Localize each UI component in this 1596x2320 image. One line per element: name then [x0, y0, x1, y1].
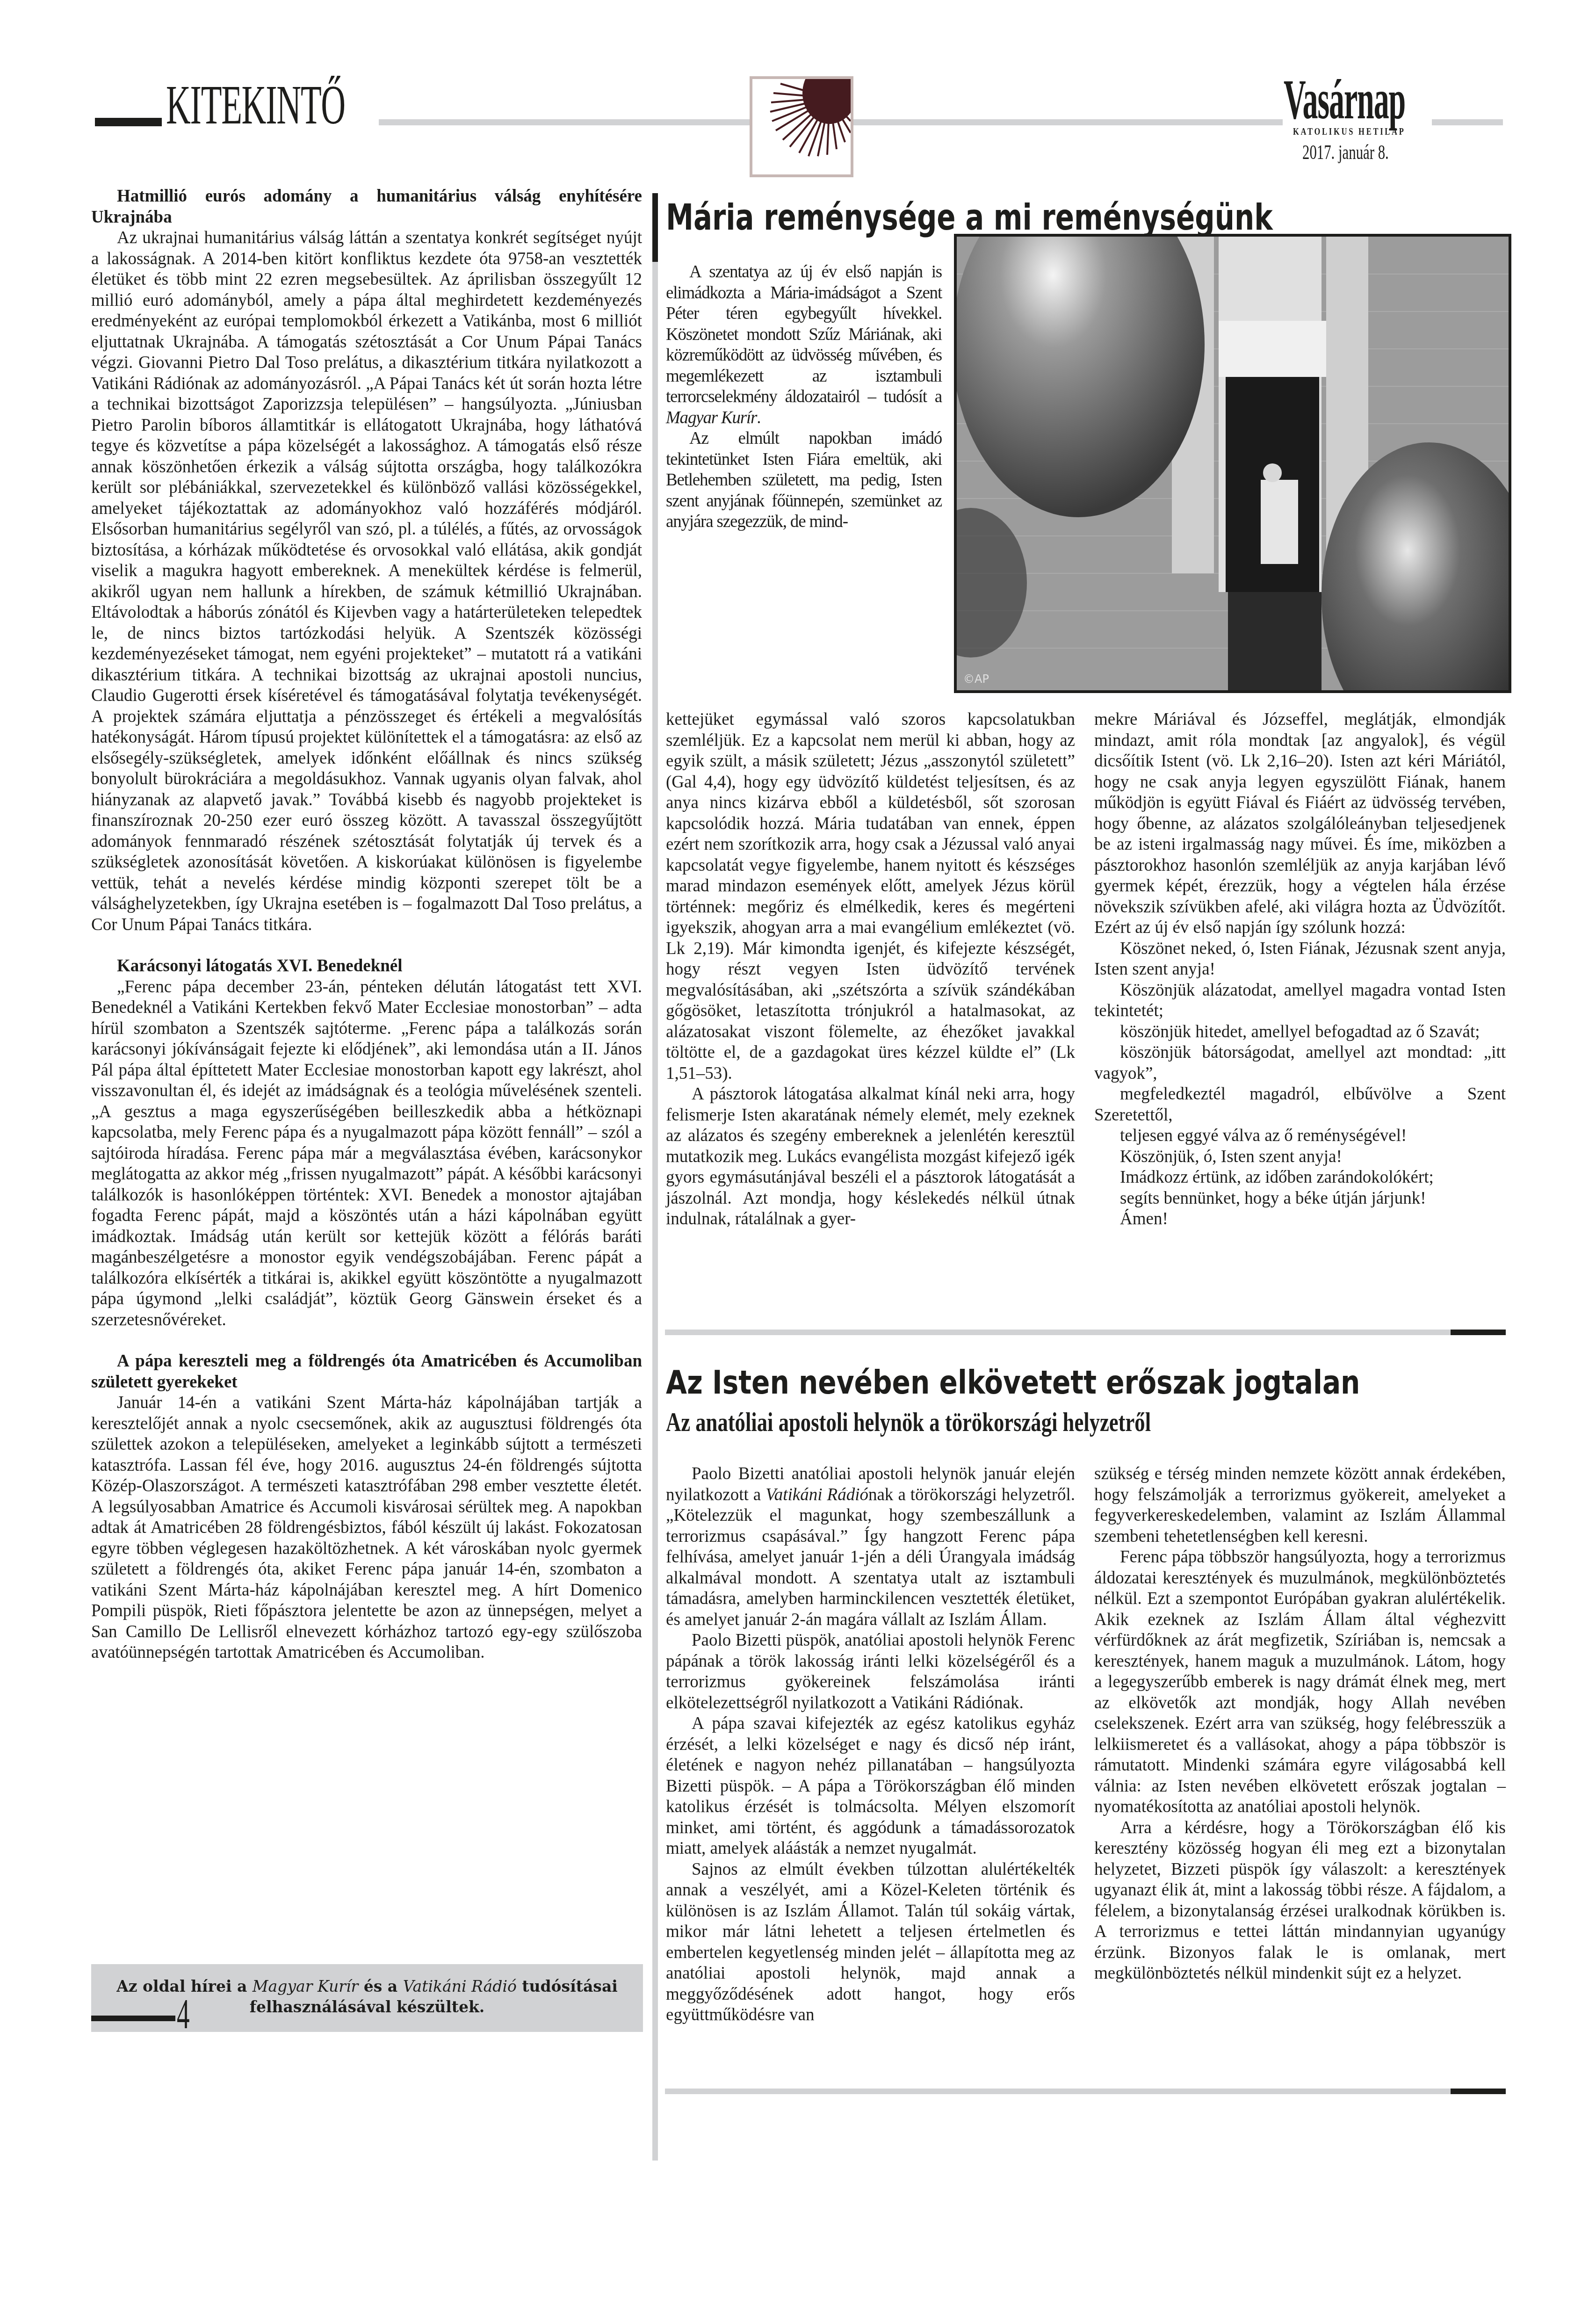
article2-paragraph: Ferenc pápa többször hangsúlyozta, hogy …	[1094, 1547, 1506, 1818]
page-number: 4	[177, 1992, 190, 2035]
story-body: Január 14-én a vatikáni Szent Márta-ház …	[91, 1393, 642, 1663]
prayer-line: segíts bennünket, hogy a béke útján járj…	[1094, 1188, 1506, 1209]
article-title: Az Isten nevében elkövetett erőszak jogt…	[666, 1364, 1360, 1401]
bottom-rule	[665, 2089, 1451, 2094]
article-subtitle: Az anatóliai apostoli helynök a törökors…	[666, 1408, 1151, 1437]
article2-paragraph: Arra a kérdésre, hogy a Törökországban é…	[1094, 1818, 1506, 1984]
article1-column-2: kettejüket egymással való szoros kapcsol…	[666, 709, 1075, 1230]
header-rule-left	[379, 119, 751, 125]
article-separator	[665, 1330, 1451, 1335]
source-magyar-kurir: Magyar Kurír	[253, 1977, 358, 1995]
column-divider-accent	[652, 193, 658, 262]
article1-column-3: mekre Máriával és Józseffel, meglátják, …	[1094, 709, 1506, 1230]
sunburst-logo-icon	[750, 76, 853, 177]
story-heading: Hatmillió eurós adomány a humanitárius v…	[91, 186, 642, 228]
prayer-line: Köszönjük, ó, Isten szent anyja!	[1094, 1147, 1506, 1168]
article2-paragraph: szükség e térség minden nemzete között a…	[1094, 1464, 1506, 1547]
prayer-line: köszönjük bátorságodat, amellyel azt mon…	[1094, 1042, 1506, 1084]
article1-paragraph: Az elmúlt napokban imádó tekintetünket I…	[666, 428, 942, 533]
source-note-box: Az oldal hírei a Magyar Kurír és a Vatik…	[91, 1964, 643, 2032]
source-magyar-kurir: Magyar Kurír	[666, 408, 757, 427]
article1-paragraph: kettejüket egymással való szoros kapcsol…	[666, 709, 1075, 1084]
article2-paragraph: A pápa szavai kifejezték az egész katoli…	[666, 1713, 1075, 1859]
article2-column-1: Paolo Bizetti anatóliai apostoli helynök…	[666, 1464, 1075, 2026]
masthead-name: Vasárnap	[1284, 75, 1405, 124]
prayer-line: Köszönet neked, ó, Isten Fiának, Jézusna…	[1094, 939, 1506, 980]
prayer-line: teljesen eggyé válva az ő reménységével!	[1094, 1126, 1506, 1147]
header-rule-end	[1432, 119, 1503, 125]
section-marker-bar	[95, 118, 162, 126]
article-separator-accent	[1451, 1330, 1506, 1335]
article2-column-2: szükség e térség minden nemzete között a…	[1094, 1464, 1506, 1984]
source-note-middle: és a	[358, 1977, 403, 1995]
issue-date: 2017. január 8.	[1302, 140, 1389, 164]
header-rule-right	[853, 119, 1283, 125]
source-vatikani-radio: Vatikáni Rádió	[766, 1485, 868, 1504]
masthead-subtitle: KATOLIKUS HETILAP	[1293, 125, 1406, 137]
article-title: Mária reménysége a mi reménységünk	[666, 196, 1273, 239]
story-heading: A pápa kereszteli meg a földrengés óta A…	[91, 1351, 642, 1393]
prayer-line: Köszönjük alázatodat, amellyel magadra v…	[1094, 980, 1506, 1022]
section-title: KITEKINTŐ	[166, 80, 345, 131]
prayer-line: Ámen!	[1094, 1209, 1506, 1230]
story-heading: Karácsonyi látogatás XVI. Benedeknél	[91, 956, 642, 977]
prayer-line: megfeledkeztél magadról, elbűvölve a Sze…	[1094, 1084, 1506, 1126]
article2-paragraph: Paolo Bizetti anatóliai apostoli helynök…	[666, 1464, 1075, 1630]
article2-paragraph: Paolo Bizetti püspök, anatóliai apostoli…	[666, 1630, 1075, 1713]
masthead: Vasárnap KATOLIKUS HETILAP 2017. január …	[1284, 75, 1505, 124]
article1-intro: A szentatya az új év első napján is elim…	[666, 262, 942, 428]
source-vatikani-radio: Vatikáni Rádió	[403, 1977, 517, 1995]
article-photo: ©AP	[954, 234, 1511, 693]
news-briefs-column: Hatmillió eurós adomány a humanitárius v…	[91, 186, 642, 1663]
prayer-line: köszönjük hitedet, amellyel befogadtad a…	[1094, 1022, 1506, 1043]
article1-intro-column: A szentatya az új év első napján is elim…	[666, 262, 942, 533]
footer-rule	[199, 2016, 643, 2022]
page-marker-bar	[91, 2016, 175, 2021]
bottom-rule-accent	[1451, 2089, 1506, 2094]
pope-window-photo-icon	[957, 237, 1509, 690]
story-body: „Ferenc pápa december 23-án, pénteken dé…	[91, 977, 642, 1331]
photo-credit: ©AP	[963, 672, 989, 686]
article1-paragraph: mekre Máriával és Józseffel, meglátják, …	[1094, 709, 1506, 939]
article1-paragraph: A pásztorok látogatása alkalmat kínál ne…	[666, 1084, 1075, 1230]
column-divider	[652, 262, 658, 2161]
prayer-line: Imádkozz értünk, az időben zarándokolóké…	[1094, 1167, 1506, 1188]
article2-paragraph: Sajnos az elmúlt években túlzottan alulé…	[666, 1859, 1075, 2026]
sunburst-icon	[752, 79, 851, 174]
story-body: Az ukrajnai humanitárius válság láttán a…	[91, 228, 642, 935]
